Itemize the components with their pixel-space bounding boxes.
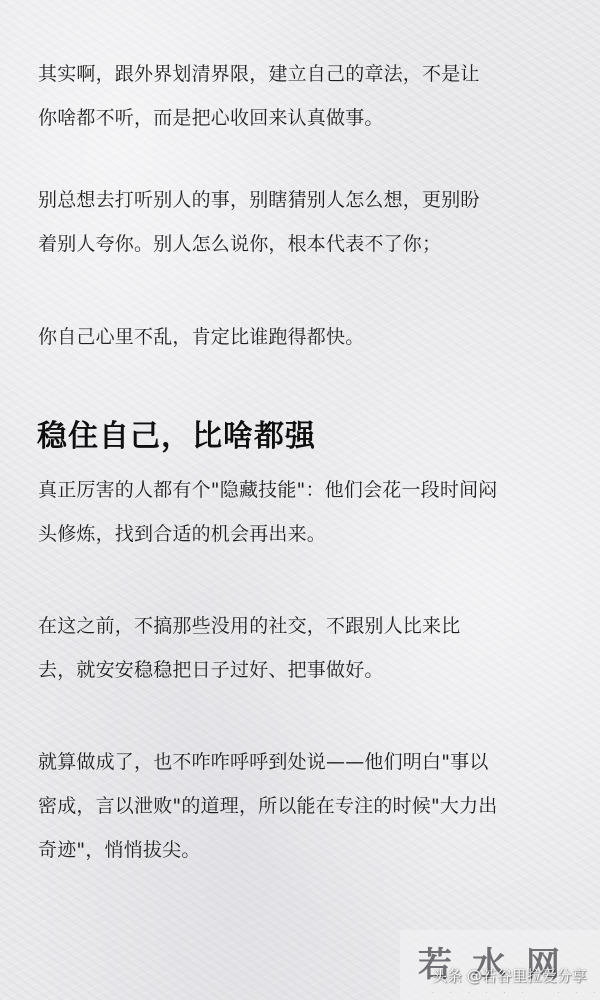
paragraph-2-line-2: 着别人夸你。别人怎么说你，根本代表不了你； (38, 232, 441, 256)
paragraph-6-line-3: 奇迹"，悄悄拔尖。 (38, 838, 201, 862)
watermark-subtext: ...... ........ ........ (432, 988, 600, 995)
section-heading: 稳住自己，比啥都强 (37, 418, 316, 456)
paragraph-5-line-2: 去，就安安稳稳把日子过好、把事做好。 (38, 658, 384, 682)
paragraph-1-line-2: 你啥都不听，而是把心收回来认真做事。 (38, 106, 384, 130)
watermark-overlay: 头条 @若谷里拉爱分享 (432, 965, 587, 986)
paragraph-6-line-1: 就算做成了，也不咋咋呼呼到处说——他们明白"事以 (38, 750, 489, 774)
paragraph-4-line-2: 头修炼，找到合适的机会再出来。 (38, 522, 326, 546)
paragraph-5-line-1: 在这之前，不搞那些没用的社交，不跟别人比来比 (38, 614, 460, 638)
paragraph-4-line-1: 真正厉害的人都有个"隐藏技能"：他们会花一段时间闷 (38, 478, 497, 502)
paragraph-2-line-1: 别总想去打听别人的事，别瞎猜别人怎么想，更别盼 (38, 188, 480, 212)
paragraph-3-line-1: 你自己心里不乱，肯定比谁跑得都快。 (38, 325, 364, 349)
paragraph-1-line-1: 其实啊，跟外界划清界限，建立自己的章法，不是让 (38, 62, 480, 86)
paragraph-6-line-2: 密成，言以泄败"的道理，所以能在专注的时候"大力出 (38, 794, 497, 818)
